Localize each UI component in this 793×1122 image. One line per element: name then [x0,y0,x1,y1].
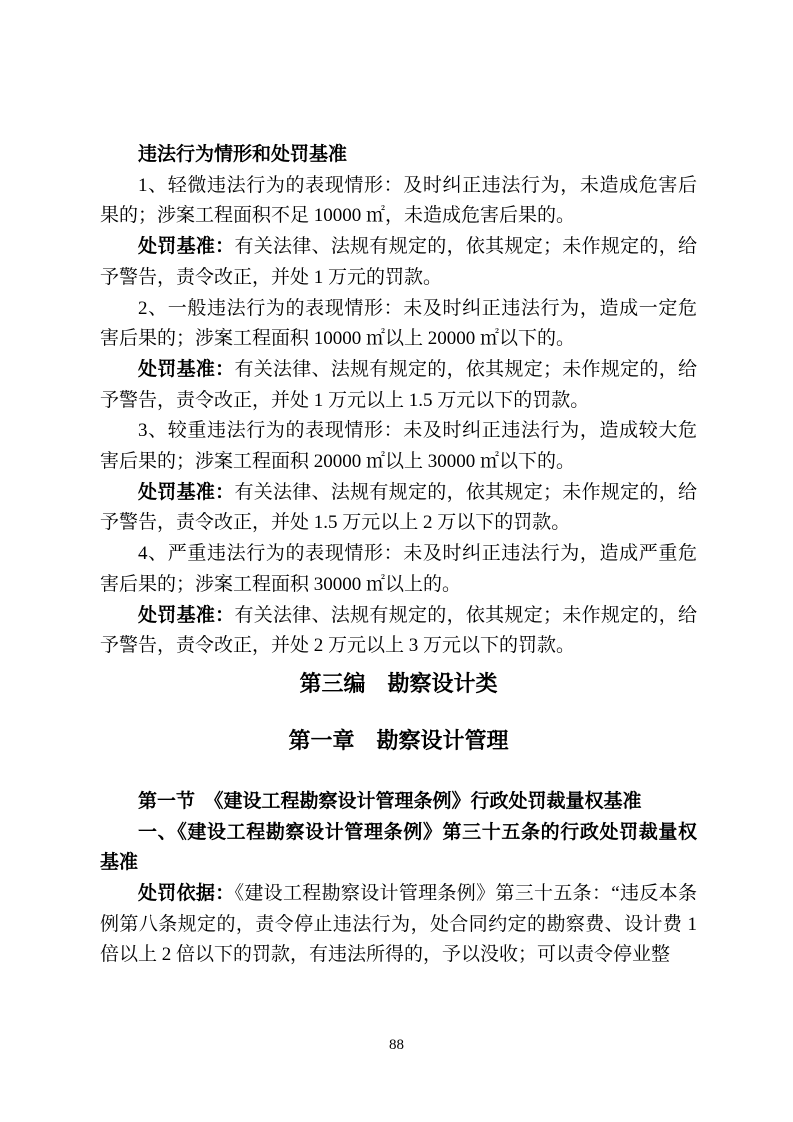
penalty-label-3: 处罚基准： [138,482,234,503]
penalty-label-2: 处罚基准： [138,359,234,380]
document-page: 违法行为情形和处罚基准 1、轻微违法行为的表现情形：及时纠正违法行为，未造成危害… [0,0,793,1122]
scenario-para-1: 1、轻微违法行为的表现情形：及时纠正违法行为，未造成危害后果的；涉案工程面积不足… [100,171,697,232]
page-number: 88 [0,1036,793,1054]
penalty-label-4: 处罚基准： [138,605,234,626]
violation-heading: 违法行为情形和处罚基准 [100,140,697,171]
penalty-para-1: 处罚基准：有关法律、法规有规定的，依其规定；未作规定的，给予警告，责令改正，并处… [100,232,697,293]
penalty-para-4: 处罚基准：有关法律、法规有规定的，依其规定；未作规定的，给予警告，责令改正，并处… [100,601,697,662]
subsection-heading: 一、《建设工程勘察设计管理条例》第三十五条的行政处罚裁量权基准 [100,818,697,879]
chapter-heading: 第一章 勘察设计管理 [100,724,697,758]
penalty-basis-label: 处罚依据： [138,883,235,904]
scenario-para-2: 2、一般违法行为的表现情形：未及时纠正违法行为，造成一定危害后果的；涉案工程面积… [100,294,697,355]
scenario-para-4: 4、严重违法行为的表现情形：未及时纠正违法行为，造成严重危害后果的；涉案工程面积… [100,539,697,600]
penalty-label-1: 处罚基准： [138,236,234,257]
section-heading: 第一节 《建设工程勘察设计管理条例》行政处罚裁量权基准 [100,787,697,818]
scenario-para-3: 3、较重违法行为的表现情形：未及时纠正违法行为，造成较大危害后果的；涉案工程面积… [100,416,697,477]
penalty-para-2: 处罚基准：有关法律、法规有规定的，依其规定；未作规定的，给予警告，责令改正，并处… [100,355,697,416]
penalty-para-3: 处罚基准：有关法律、法规有规定的，依其规定；未作规定的，给予警告，责令改正，并处… [100,478,697,539]
page-content: 违法行为情形和处罚基准 1、轻微违法行为的表现情形：及时纠正违法行为，未造成危害… [100,140,697,971]
penalty-basis-para: 处罚依据：《建设工程勘察设计管理条例》第三十五条：“违反本条例第八条规定的，责令… [100,879,697,971]
part-heading: 第三编 勘察设计类 [100,667,697,701]
